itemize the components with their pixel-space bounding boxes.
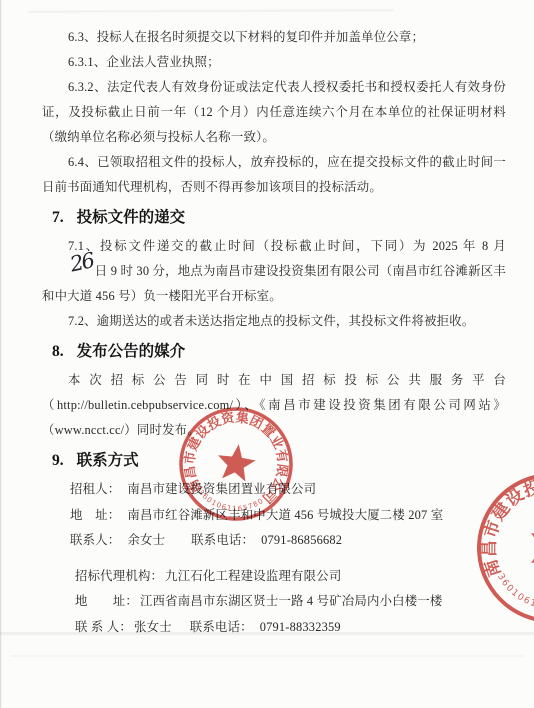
clause-7-1: 7.1、投标文件递交的截止时间（投标截止时间，下同）为 2025 年 8 月26… <box>42 234 506 309</box>
agency-name: 九江石化工程建设监理有限公司 <box>165 569 341 583</box>
agency-contact-row: 联 系 人：张女士联系电话：0791-88332359 <box>42 615 506 641</box>
scan-edge-artifact <box>0 0 2 708</box>
lessor-contact-label: 联系人： <box>70 533 120 547</box>
agency-address-value: 江西省南昌市东湖区贤士一路 4 号矿冶局内小白楼一楼 <box>140 594 443 608</box>
clause-6-3-1: 6.3.1、企业法人营业执照； <box>42 50 506 75</box>
company-seal-main: 南昌市建设投资集团置业有限公司 3601061165780 <box>146 374 327 555</box>
agency-address-row: 地 址：江西省南昌市东湖区贤士一路 4 号矿冶局内小白楼一楼 <box>42 589 506 615</box>
agency-phone-label: 联系电话： <box>190 620 253 634</box>
seal-star-icon <box>522 516 534 576</box>
agency-address-label: 地 址： <box>75 594 138 608</box>
scan-streak-artifact <box>10 655 524 657</box>
section-7-heading: 7. 投标文件的递交 <box>52 205 506 231</box>
section-7-title: 投标文件的递交 <box>77 205 186 231</box>
document-page: 6.3、投标人在报名时须提交以下材料的复印件并加盖单位公章； 6.3.1、企业法… <box>0 0 534 708</box>
clause-7-1-text-after: 日 9 时 30 分，地点为南昌市建设投资集团有限公司（南昌市红谷滩新区丰和中大… <box>42 264 506 303</box>
agency-row: 招标代理机构：九江石化工程建设监理有限公司 <box>42 564 506 590</box>
lessor-label: 招租人： <box>70 482 120 496</box>
section-8-title: 发布公告的媒介 <box>77 339 186 365</box>
scan-streak-artifact <box>28 9 394 13</box>
section-8-number: 8. <box>52 339 64 365</box>
lessor-contact-name: 余女士 <box>127 533 165 547</box>
clause-6-4: 6.4、已领取招租文件的投标人，放弃投标的，应在提交投标文件的截止时间一日前书面… <box>42 150 506 200</box>
handwritten-day: 26 <box>44 256 93 274</box>
section-9-number: 9. <box>52 448 64 474</box>
seal-serial-number: 3601061165780 <box>195 488 266 518</box>
clause-7-2: 7.2、逾期送达的或者未送达指定地点的投标文件，其投标文件将被拒收。 <box>42 309 506 334</box>
agency-contact-name: 张女士 <box>134 620 172 634</box>
clause-7-1-text-before: 7.1、投标文件递交的截止时间（投标截止时间，下同）为 2025 年 8 月 <box>68 239 506 253</box>
agency-phone-number: 0791-88332359 <box>260 620 341 634</box>
agency-label: 招标代理机构： <box>75 569 163 583</box>
company-seal-main-graphic: 南昌市建设投资集团置业有限公司 3601061165780 <box>146 374 327 555</box>
section-9-title: 联系方式 <box>77 448 139 474</box>
agency-contact-label: 联 系 人： <box>75 620 132 634</box>
clause-6-3-2: 6.3.2、法定代表人有效身份证或法定代表人授权委托书和授权委托人有效身份证，及… <box>42 75 506 150</box>
seal-star-icon <box>215 442 258 483</box>
section-8-heading: 8. 发布公告的媒介 <box>52 339 506 365</box>
lessor-address-label: 地 址： <box>70 508 120 522</box>
clause-6-3: 6.3、投标人在报名时须提交以下材料的复印件并加盖单位公章； <box>42 25 506 50</box>
section-7-number: 7. <box>52 205 64 231</box>
